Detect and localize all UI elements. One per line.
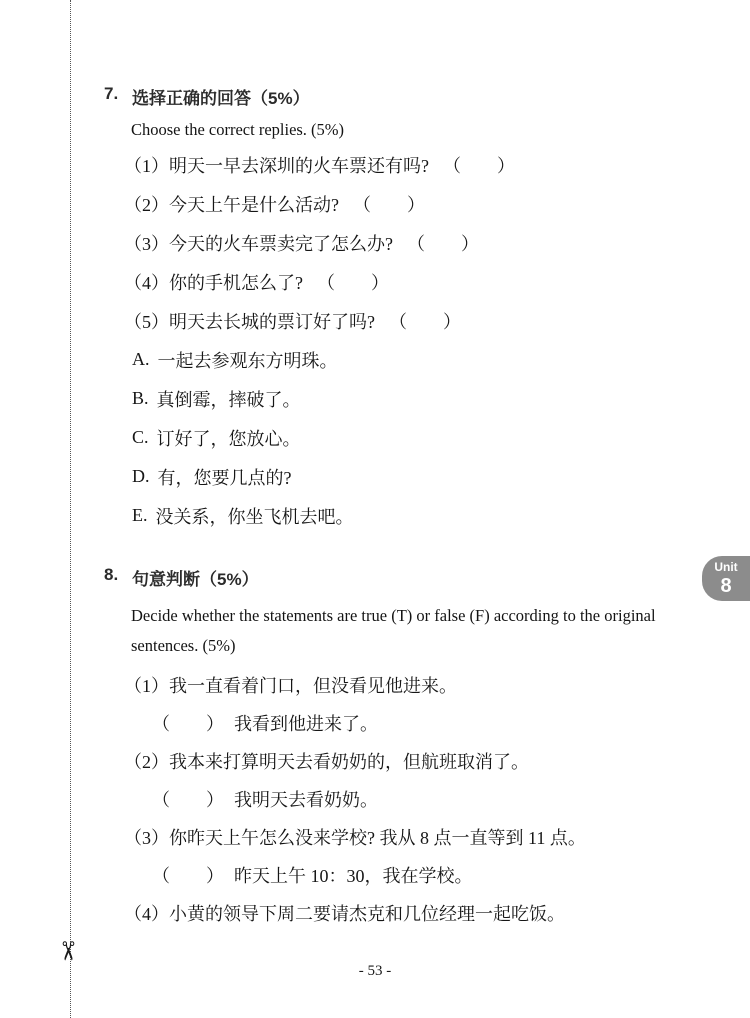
- question-item: （5） 明天去长城的票订好了吗? （ ）: [124, 301, 710, 340]
- option-text: 订好了，您放心。: [157, 425, 301, 451]
- cut-dotted-line: [70, 0, 71, 1018]
- option-text: 真倒霉，摔破了。: [157, 386, 301, 412]
- answer-blank: （ ）: [152, 862, 224, 888]
- statement-item: （4） 小黄的领导下周二要请杰克和几位经理一起吃饭。: [124, 894, 710, 932]
- question-item: （3） 今天的火车票卖完了怎么办? （ ）: [124, 223, 710, 262]
- question-text: 今天的火车票卖完了怎么办?: [169, 230, 393, 256]
- statement-label: （2）: [124, 748, 169, 774]
- statement-text: 我一直看着门口，但没看见他进来。: [169, 672, 457, 698]
- question-label: （4）: [124, 269, 169, 295]
- judge-text: 昨天上午 10：30，我在学校。: [234, 862, 473, 888]
- question-text: 你的手机怎么了?: [169, 269, 303, 295]
- judge-text: 我看到他进来了。: [234, 710, 378, 736]
- option-item: E. 没关系，你坐飞机去吧。: [132, 496, 710, 535]
- option-label: D.: [132, 466, 150, 487]
- statement-item: （3） 你昨天上午怎么没来学校? 我从 8 点一直等到 11 点。: [124, 818, 710, 856]
- answer-blank: （ ）: [407, 230, 479, 256]
- question-text: 今天上午是什么活动?: [169, 191, 339, 217]
- page-number: - 53 -: [0, 963, 750, 980]
- scissors-icon: ✂: [52, 940, 82, 962]
- true-false-row: （ ） 我看到他进来了。: [152, 704, 710, 742]
- section8-number: 8.: [104, 565, 132, 590]
- statement-label: （4）: [124, 900, 169, 926]
- true-false-row: （ ） 昨天上午 10：30，我在学校。: [152, 856, 710, 894]
- option-text: 有，您要几点的?: [158, 464, 292, 490]
- option-item: B. 真倒霉，摔破了。: [132, 379, 710, 418]
- unit-tab-label: Unit: [714, 561, 737, 573]
- question-item: （4） 你的手机怎么了? （ ）: [124, 262, 710, 301]
- option-text: 一起去参观东方明珠。: [158, 347, 338, 373]
- section7-title: 选择正确的回答（5%）: [132, 84, 310, 109]
- option-item: A. 一起去参观东方明珠。: [132, 340, 710, 379]
- question-label: （5）: [124, 308, 169, 334]
- statement-item: （2） 我本来打算明天去看奶奶的，但航班取消了。: [124, 742, 710, 780]
- section8-instruction: Decide whether the statements are true (…: [131, 601, 710, 661]
- section8-heading: 8. 句意判断（5%）: [104, 565, 710, 590]
- section7-heading: 7. 选择正确的回答（5%）: [104, 84, 710, 109]
- statement-text: 小黄的领导下周二要请杰克和几位经理一起吃饭。: [169, 900, 565, 926]
- section8-instruction-line1: Decide whether the statements are true (…: [131, 601, 710, 631]
- statement-label: （1）: [124, 672, 169, 698]
- question-text: 明天一早去深圳的火车票还有吗?: [169, 152, 429, 178]
- statement-text: 你昨天上午怎么没来学校? 我从 8 点一直等到 11 点。: [169, 824, 586, 850]
- option-item: C. 订好了，您放心。: [132, 418, 710, 457]
- option-label: B.: [132, 388, 149, 409]
- question-label: （2）: [124, 191, 169, 217]
- answer-blank: （ ）: [152, 710, 224, 736]
- section7-number: 7.: [104, 84, 132, 109]
- option-text: 没关系，你坐飞机去吧。: [156, 503, 354, 529]
- section8-instruction-line2: sentences. (5%): [131, 631, 710, 661]
- unit-tab: Unit 8: [702, 556, 750, 601]
- answer-blank: （ ）: [389, 308, 461, 334]
- section8-title: 句意判断（5%）: [132, 565, 259, 590]
- page-content: 7. 选择正确的回答（5%） Choose the correct replie…: [104, 84, 710, 932]
- question-text: 明天去长城的票订好了吗?: [169, 308, 375, 334]
- question-item: （1） 明天一早去深圳的火车票还有吗? （ ）: [124, 145, 710, 184]
- option-label: C.: [132, 427, 149, 448]
- answer-blank: （ ）: [353, 191, 425, 217]
- option-item: D. 有，您要几点的?: [132, 457, 710, 496]
- answer-blank: （ ）: [152, 786, 224, 812]
- section7-instruction: Choose the correct replies. (5%): [131, 120, 710, 140]
- question-item: （2） 今天上午是什么活动? （ ）: [124, 184, 710, 223]
- answer-blank: （ ）: [443, 152, 515, 178]
- question-label: （3）: [124, 230, 169, 256]
- statement-label: （3）: [124, 824, 169, 850]
- option-label: A.: [132, 349, 150, 370]
- true-false-row: （ ） 我明天去看奶奶。: [152, 780, 710, 818]
- question-label: （1）: [124, 152, 169, 178]
- judge-text: 我明天去看奶奶。: [234, 786, 378, 812]
- statement-item: （1） 我一直看着门口，但没看见他进来。: [124, 666, 710, 704]
- option-label: E.: [132, 505, 148, 526]
- unit-tab-number: 8: [720, 576, 731, 596]
- answer-blank: （ ）: [317, 269, 389, 295]
- statement-text: 我本来打算明天去看奶奶的，但航班取消了。: [169, 748, 529, 774]
